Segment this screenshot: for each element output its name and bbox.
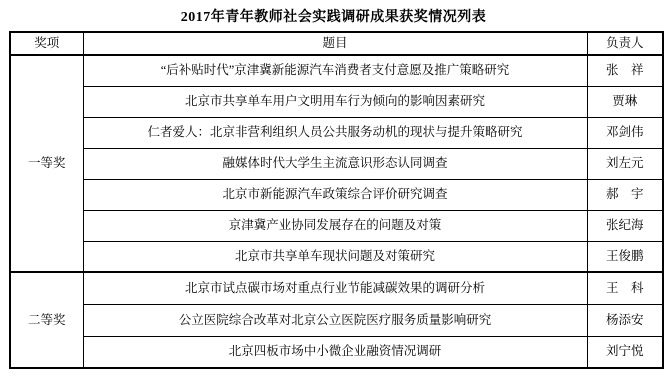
table-row: 公立医院综合改革对北京公立医院医疗服务质量影响研究 杨添安 xyxy=(10,304,663,336)
person-cell: 刘左元 xyxy=(587,148,663,179)
award-cell-first-prize: 一等奖 xyxy=(10,55,83,272)
awards-table: 奖项 题目 负责人 一等奖 “后补贴时代”京津冀新能源汽车消费者支付意愿及推广策… xyxy=(9,31,664,369)
topic-cell: 仁者爱人：北京非营利组织人员公共服务动机的现状与提升策略研究 xyxy=(83,117,587,148)
table-row: 北京市新能源汽车政策综合评价研究调查 郝 宇 xyxy=(10,179,663,210)
person-cell: 张 祥 xyxy=(587,55,663,86)
document-page: 2017年青年教师社会实践调研成果获奖情况列表 奖项 题目 负责人 一等奖 “后… xyxy=(0,0,667,392)
table-header-row: 奖项 题目 负责人 xyxy=(10,32,663,55)
person-cell: 王 科 xyxy=(587,272,663,304)
col-header-award: 奖项 xyxy=(10,32,83,55)
table-row: 北京四板市场中小微企业融资情况调研 刘宁悦 xyxy=(10,336,663,368)
topic-cell: 北京市新能源汽车政策综合评价研究调查 xyxy=(83,179,587,210)
col-header-person: 负责人 xyxy=(587,32,663,55)
col-header-topic: 题目 xyxy=(83,32,587,55)
topic-cell: 北京市试点碳市场对重点行业节能减碳效果的调研分析 xyxy=(83,272,587,304)
person-cell: 杨添安 xyxy=(587,304,663,336)
table-row: 北京市共享单车现状问题及对策研究 王俊鹏 xyxy=(10,241,663,272)
topic-cell: 北京四板市场中小微企业融资情况调研 xyxy=(83,336,587,368)
topic-cell: 北京市共享单车现状问题及对策研究 xyxy=(83,241,587,272)
person-cell: 王俊鹏 xyxy=(587,241,663,272)
topic-cell: 京津冀产业协同发展存在的问题及对策 xyxy=(83,210,587,241)
table-row: 二等奖 北京市试点碳市场对重点行业节能减碳效果的调研分析 王 科 xyxy=(10,272,663,304)
topic-cell: 融媒体时代大学生主流意识形态认同调查 xyxy=(83,148,587,179)
table-row: 京津冀产业协同发展存在的问题及对策 张纪海 xyxy=(10,210,663,241)
person-cell: 邓剑伟 xyxy=(587,117,663,148)
person-cell: 郝 宇 xyxy=(587,179,663,210)
person-cell: 贾琳 xyxy=(587,86,663,117)
table-row: 融媒体时代大学生主流意识形态认同调查 刘左元 xyxy=(10,148,663,179)
person-cell: 刘宁悦 xyxy=(587,336,663,368)
topic-cell: “后补贴时代”京津冀新能源汽车消费者支付意愿及推广策略研究 xyxy=(83,55,587,86)
table-row: 仁者爱人：北京非营利组织人员公共服务动机的现状与提升策略研究 邓剑伟 xyxy=(10,117,663,148)
table-row: 北京市共享单车用户文明用车行为倾向的影响因素研究 贾琳 xyxy=(10,86,663,117)
table-row: 一等奖 “后补贴时代”京津冀新能源汽车消费者支付意愿及推广策略研究 张 祥 xyxy=(10,55,663,86)
award-cell-second-prize: 二等奖 xyxy=(10,272,83,368)
page-title: 2017年青年教师社会实践调研成果获奖情况列表 xyxy=(0,6,667,26)
topic-cell: 公立医院综合改革对北京公立医院医疗服务质量影响研究 xyxy=(83,304,587,336)
person-cell: 张纪海 xyxy=(587,210,663,241)
topic-cell: 北京市共享单车用户文明用车行为倾向的影响因素研究 xyxy=(83,86,587,117)
